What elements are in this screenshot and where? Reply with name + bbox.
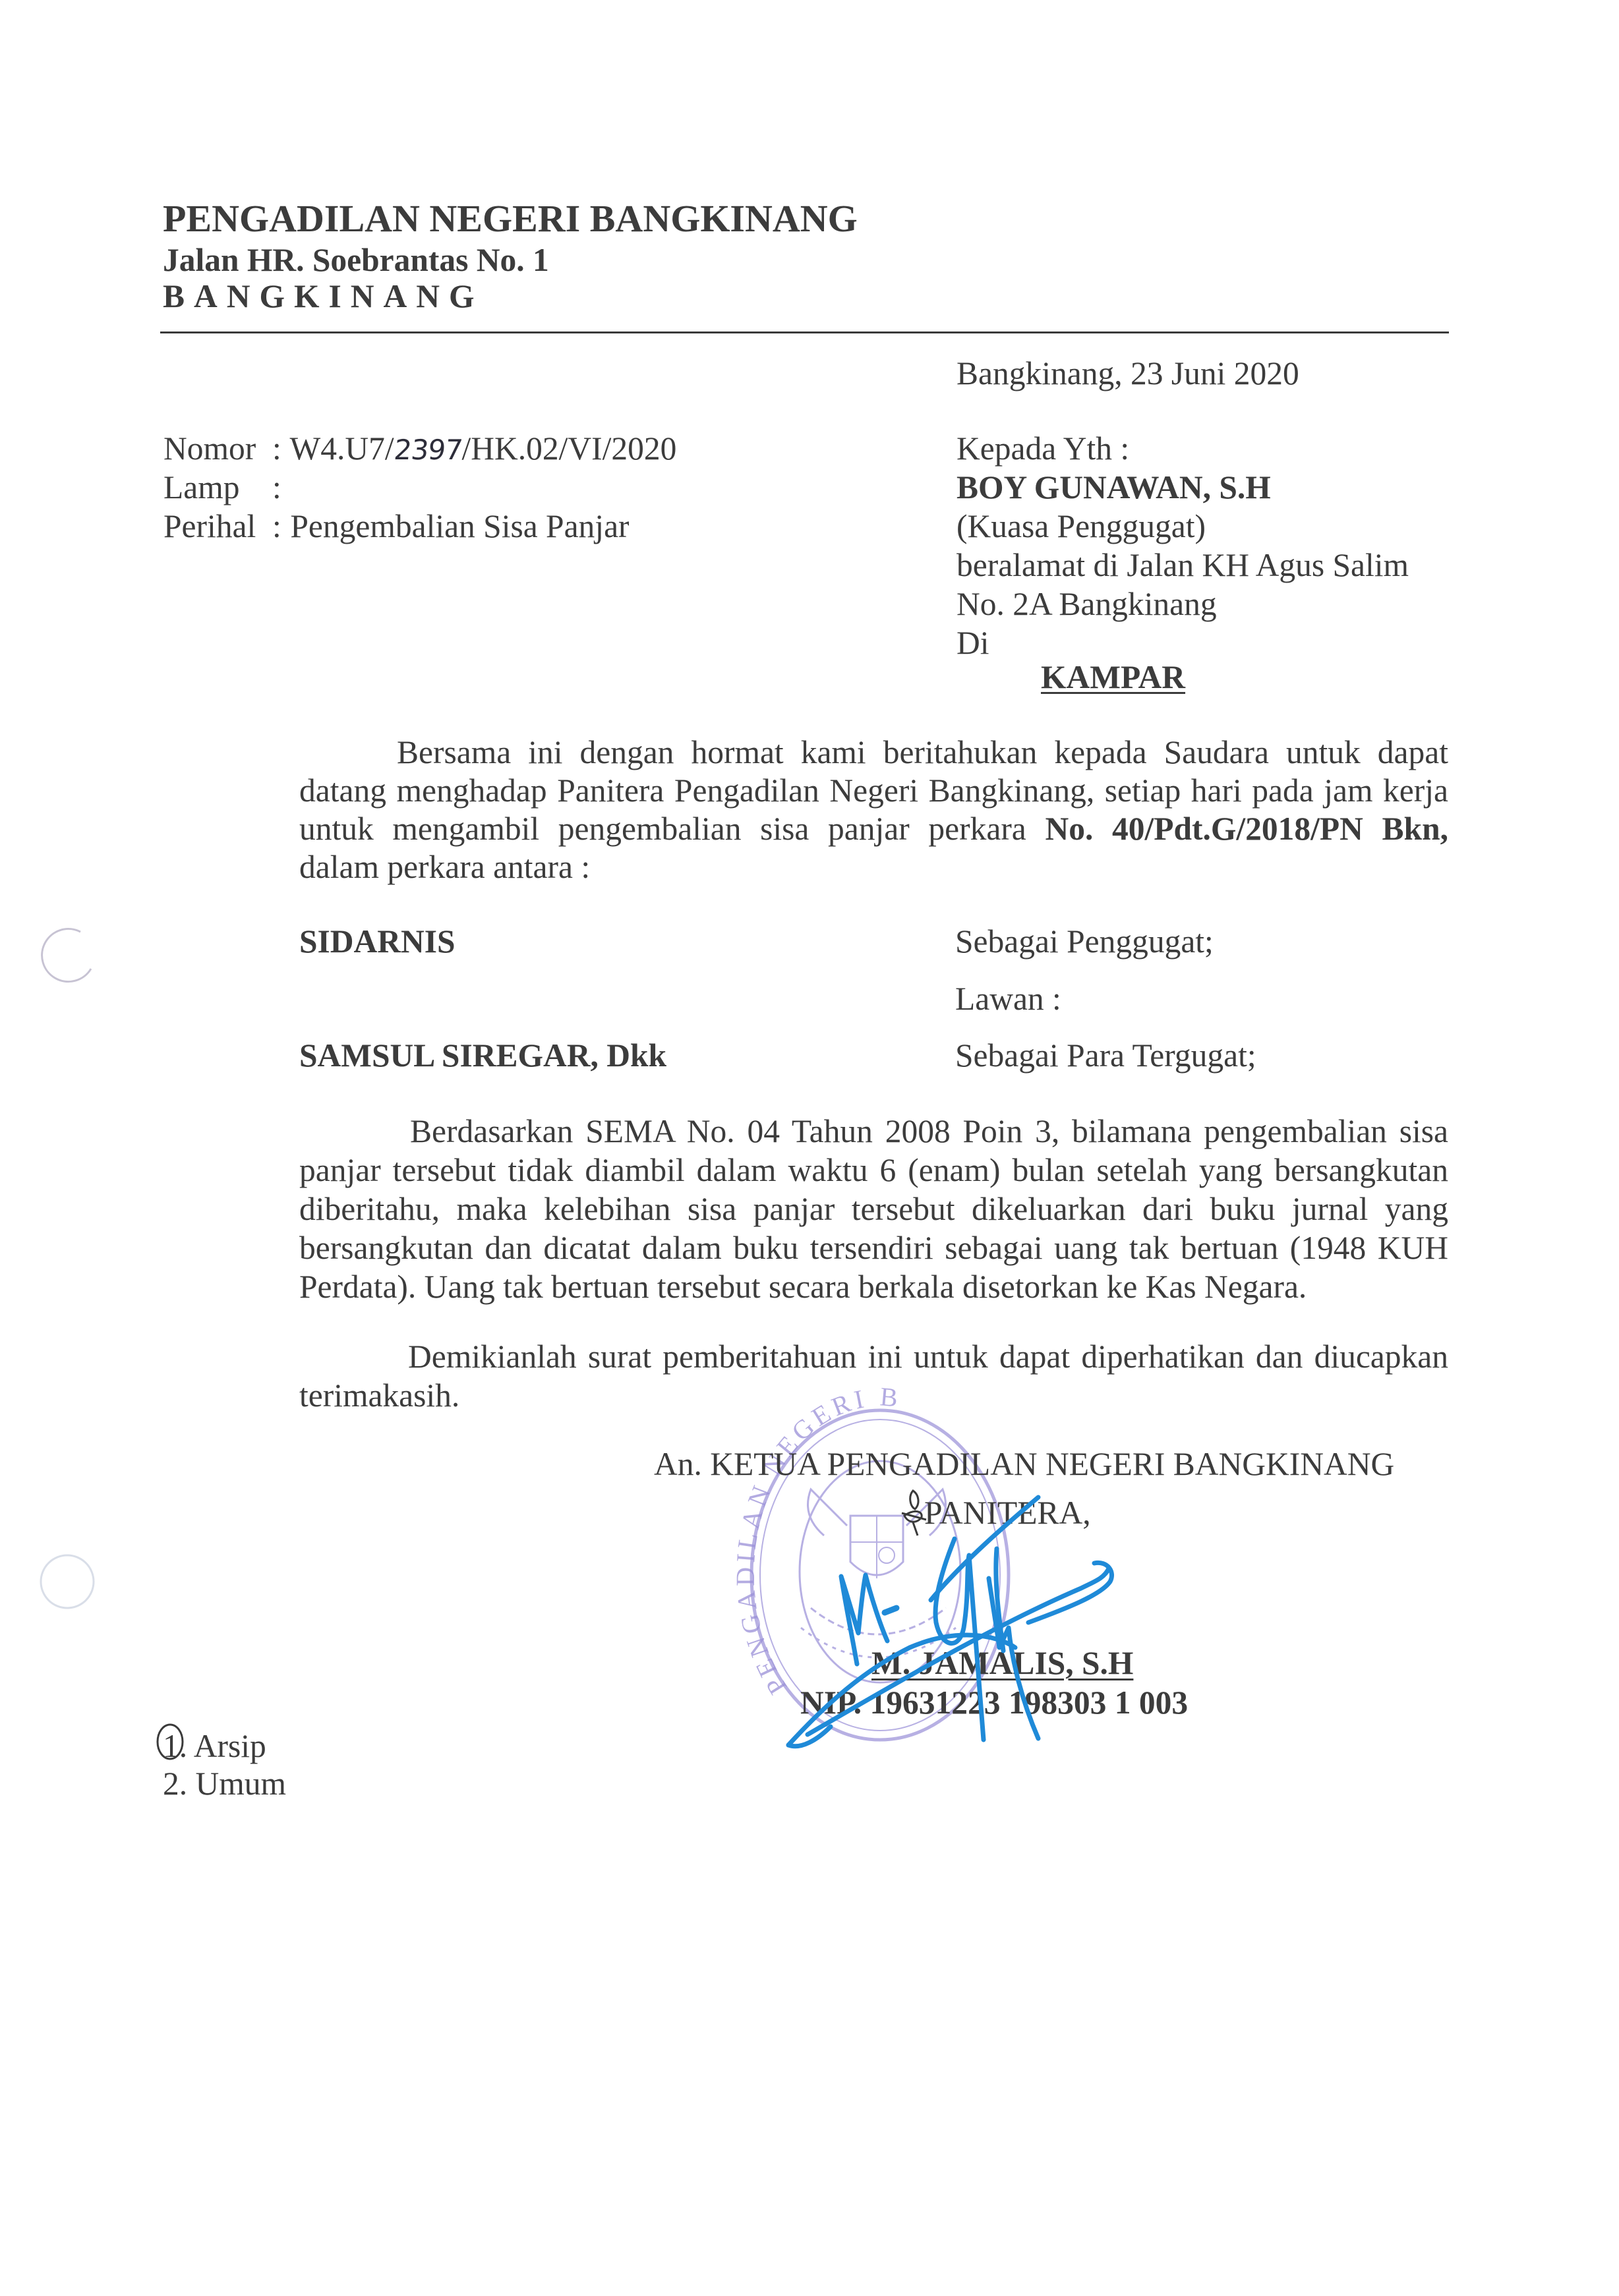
paragraph-3-line: Demikianlah surat pemberitahuan ini untu… [408,1337,1448,1376]
recipient-place: KAMPAR [1041,658,1185,697]
paragraph-2-line: diberitahu, maka kelebihan sisa panjar t… [299,1190,1448,1228]
recipient-address-line: No. 2A Bangkinang [957,585,1217,623]
lamp-label: Lamp [163,468,239,507]
paragraph-1-text: untuk mengambil pengembalian sisa panjar… [299,811,1045,847]
recipient-di: Di [957,623,989,662]
case-number: No. 40/Pdt.G/2018/PN Bkn, [1045,811,1448,847]
institution-name: PENGADILAN NEGERI BANGKINANG [163,197,858,241]
paragraph-2-line: bersangkutan dan dicatat dalam buku ters… [299,1228,1448,1267]
copy-recipient-item: 2. Umum [163,1764,286,1803]
plaintiff-role: Sebagai Penggugat; [955,922,1214,961]
nomor-label: Nomor [163,429,256,468]
paragraph-2-line: Perdata). Uang tak bertuan tersebut seca… [299,1267,1307,1306]
nomor-separator: : [272,429,281,468]
perihal-label: Perihal [163,507,256,546]
signatory-office: An. KETUA PENGADILAN NEGERI BANGKINANG [654,1445,1394,1483]
recipient-address-line: beralamat di Jalan KH Agus Salim [957,546,1409,585]
paragraph-1-line: datang menghadap Panitera Pengadilan Neg… [299,771,1448,810]
copy-recipient-item: 1. Arsip [163,1727,266,1765]
copy-recipient-number: 2. [163,1765,187,1802]
paragraph-1-line: untuk mengambil pengembalian sisa panjar… [299,809,1448,848]
copy-recipient-number: 1. [163,1728,187,1764]
paragraph-3-line: terimakasih. [299,1376,459,1415]
perihal-value: Pengembalian Sisa Panjar [282,507,630,546]
recipient-name: BOY GUNAWAN, S.H [957,468,1271,507]
signatory-name: M. JAMALIS, S.H [871,1644,1133,1682]
institution-city: BANGKINANG [163,277,484,316]
lamp-separator: : [272,468,281,507]
paragraph-2-line: Berdasarkan SEMA No. 04 Tahun 2008 Poin … [410,1112,1448,1151]
nomor-handwritten-number: 2397 [392,430,463,469]
copy-recipient-label: Umum [196,1765,287,1802]
letter-page: PENGADILAN NEGERI BANGKINANG Jalan HR. S… [0,0,1619,2296]
signatory-nip: NIP. 19631223 198303 1 003 [800,1683,1188,1722]
letterhead-rule [160,331,1449,333]
punch-hole-icon [41,1555,94,1608]
institution-address: Jalan HR. Soebrantas No. 1 [163,241,549,279]
punch-hole-icon [42,929,91,982]
versus-label: Lawan : [955,979,1061,1018]
paragraph-1-line: dalam perkara antara : [299,847,590,886]
plaintiff-name: SIDARNIS [299,922,456,961]
nomor-value: W4.U7/2397/HK.02/VI/2020 [282,429,676,469]
recipient-salutation: Kepada Yth : [957,429,1129,468]
nomor-suffix: /HK.02/VI/2020 [461,430,676,467]
recipient-role: (Kuasa Penggugat) [957,507,1206,546]
handwritten-paraf-icon [902,1491,926,1535]
copy-recipient-label: Arsip [194,1728,266,1764]
defendant-role: Sebagai Para Tergugat; [955,1036,1256,1075]
perihal-separator: : [272,507,281,546]
paragraph-2-line: panjar tersebut tidak diambil dalam wakt… [299,1151,1448,1190]
nomor-prefix: W4.U7/ [282,430,394,467]
paragraph-1-line: Bersama ini dengan hormat kami beritahuk… [397,733,1448,772]
signatory-title: PANITERA, [924,1493,1091,1532]
date-line: Bangkinang, 23 Juni 2020 [957,354,1299,393]
defendant-name: SAMSUL SIREGAR, Dkk [299,1036,666,1075]
